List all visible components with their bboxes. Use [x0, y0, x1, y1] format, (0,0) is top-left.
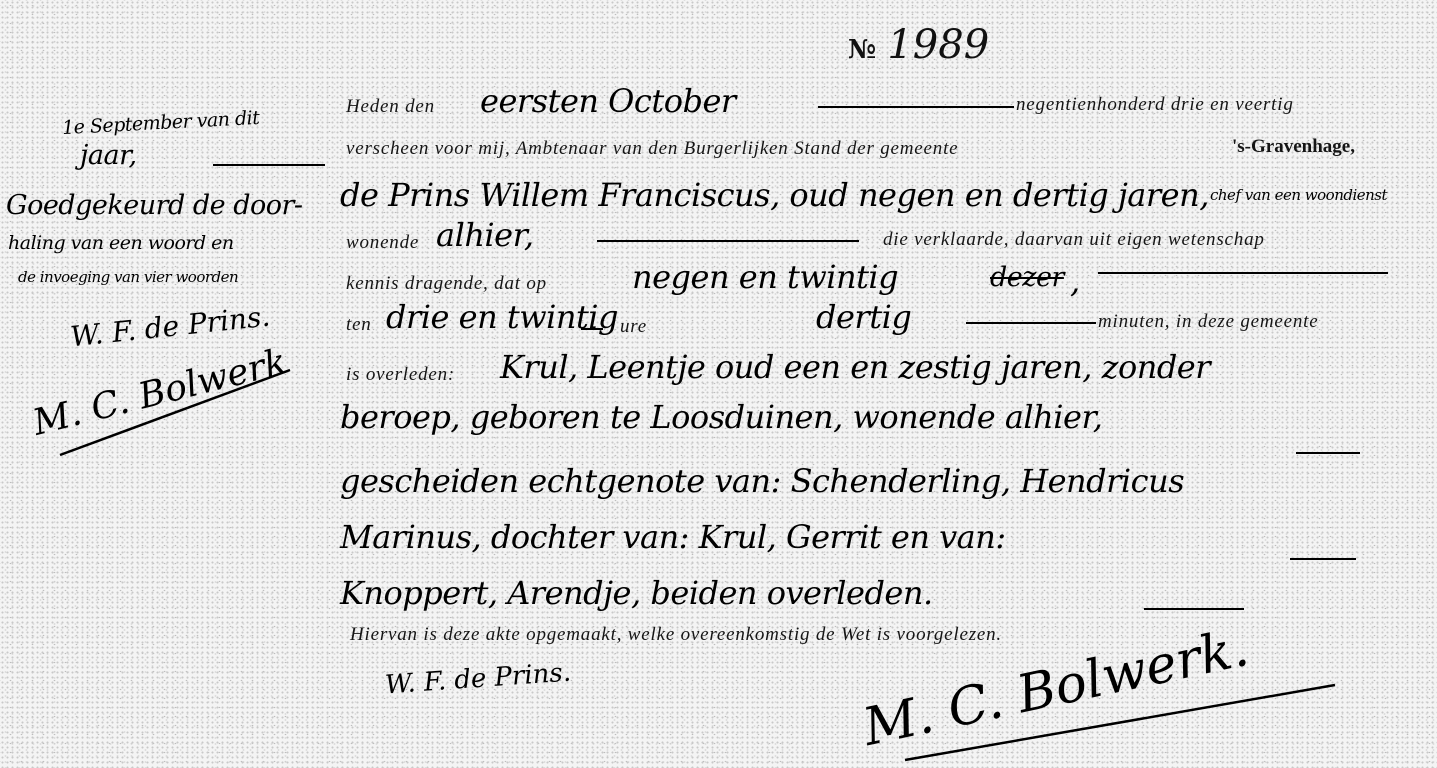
line11-rule [1144, 608, 1244, 610]
line11-hand: Knoppert, Arendje, beiden overleden. [340, 574, 933, 612]
line2-city: 's-Gravenhage, [1232, 136, 1355, 158]
line3-hand-occupation: chef van een woondienst [1210, 186, 1387, 204]
line4-printed-end: die verklaarde, daarvan uit eigen wetens… [883, 229, 1265, 251]
line1-rule [818, 106, 1014, 108]
line4-printed-start: wonende [346, 232, 419, 254]
line4-hand-residence: alhier, [436, 216, 534, 254]
margin-rule-1 [213, 164, 325, 166]
line1-hand-day: eersten October [480, 82, 736, 120]
line5-printed-start: kennis dragende, dat op [346, 273, 547, 295]
number-value: 1989 [887, 22, 989, 68]
line6-printed-start: ten [346, 314, 372, 336]
number-mark: № [848, 35, 876, 65]
margin-line-4: haling van een woord en [8, 232, 234, 254]
line5-hand-end: , [1070, 262, 1080, 300]
line5-hand-date: negen en twintig [632, 258, 898, 296]
line6-rule [966, 322, 1096, 324]
line6-hand-hour: drie en twintig [386, 298, 618, 336]
margin-signature-underline [55, 360, 295, 460]
line7-printed-start: is overleden: [346, 364, 455, 386]
line8-rule [1296, 452, 1360, 454]
line6-dash [581, 328, 603, 330]
line8-hand: beroep, geboren te Loosduinen, wonende a… [340, 398, 1102, 436]
line7-hand: Krul, Leentje oud een en zestig jaren, z… [500, 348, 1210, 386]
line5-rule [1098, 272, 1388, 274]
closing-text: Hiervan is deze akte opgemaakt, welke ov… [350, 624, 1002, 646]
line10-hand: Marinus, dochter van: Krul, Gerrit en va… [340, 518, 1006, 556]
line3-hand-declarant: de Prins Willem Franciscus, oud negen en… [340, 176, 1209, 214]
line5-hand-struck: dezer [990, 262, 1064, 293]
signature-declarant: W. F. de Prins. [384, 658, 572, 701]
margin-line-1: 1e September van dit [62, 107, 260, 139]
line6-printed-mid: ure [620, 316, 647, 338]
line6-hand-minutes: dertig [816, 298, 911, 336]
act-number: № 1989 [848, 22, 989, 68]
line9-hand: gescheiden echtgenote van: Schenderling,… [340, 462, 1184, 500]
line10-rule [1290, 558, 1356, 560]
line1-printed-start: Heden den [346, 96, 435, 118]
margin-signature-declarant: W. F. de Prins. [69, 300, 272, 354]
line4-rule [597, 240, 859, 242]
margin-line-5: de invoeging van vier woorden [18, 268, 238, 286]
signature-official-underline [900, 680, 1340, 768]
margin-line-3: Goedgekeurd de door- [6, 190, 303, 221]
line2-printed: verscheen voor mij, Ambtenaar van den Bu… [346, 138, 958, 160]
line6-printed-end: minuten, in deze gemeente [1098, 311, 1318, 333]
margin-line-2: jaar, [80, 140, 137, 171]
line1-printed-end: negentienhonderd drie en veertig [1016, 94, 1294, 116]
